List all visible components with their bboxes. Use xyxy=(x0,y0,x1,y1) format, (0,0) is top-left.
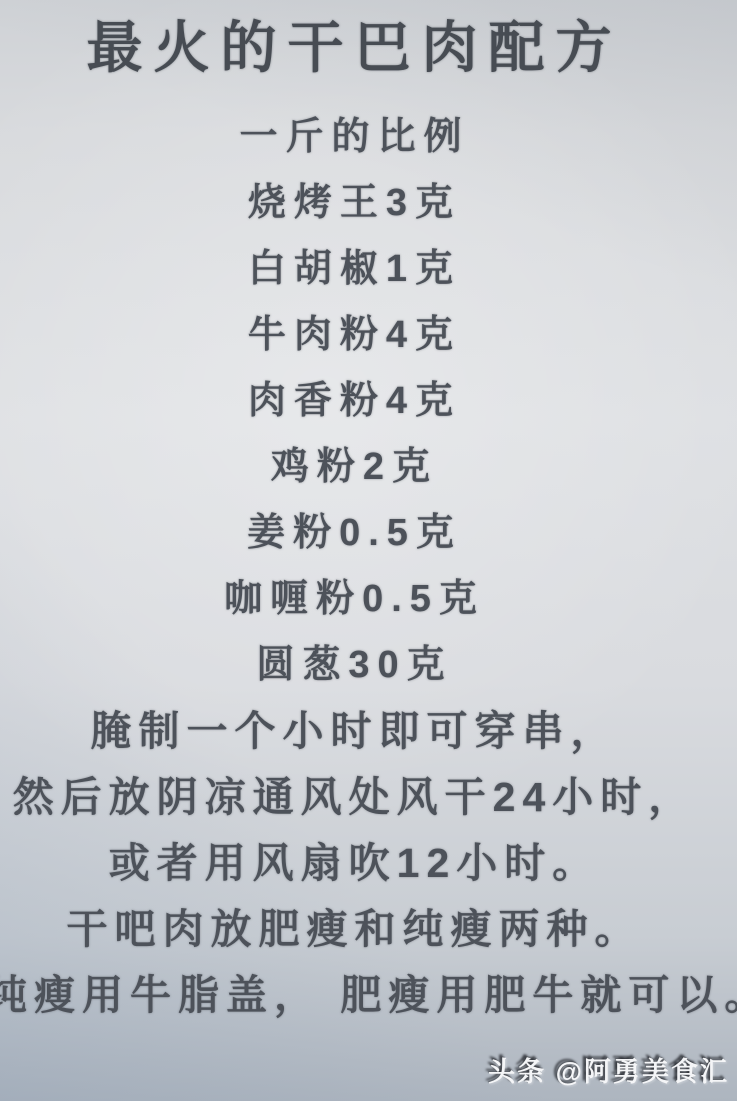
step-line: 或者用风扇吹12小时。 xyxy=(0,830,723,896)
toutiao-watermark: 头条 @阿勇美食汇 xyxy=(488,1050,729,1089)
step-line: 然后放阴凉通风处风干24小时， xyxy=(0,764,723,830)
ingredient-line: 咖喱粉0.5克 xyxy=(0,566,723,632)
step-line: 纯瘦用牛脂盖， 肥瘦用肥牛就可以。 xyxy=(0,962,723,1028)
ingredient-line: 白胡椒1克 xyxy=(0,236,723,302)
ingredient-line: 姜粉0.5克 xyxy=(0,500,723,566)
recipe-photo: 最火的干巴肉配方 一斤的比例 烧烤王3克 白胡椒1克 牛肉粉4克 肉香粉4克 鸡… xyxy=(0,0,737,1101)
recipe-content: 最火的干巴肉配方 一斤的比例 烧烤王3克 白胡椒1克 牛肉粉4克 肉香粉4克 鸡… xyxy=(0,0,723,1028)
step-line: 腌制一个小时即可穿串， xyxy=(0,698,723,764)
ingredient-line: 肉香粉4克 xyxy=(0,368,723,434)
ingredient-line: 牛肉粉4克 xyxy=(0,302,723,368)
ingredient-line: 鸡粉2克 xyxy=(0,434,723,500)
ingredient-line: 圆葱30克 xyxy=(0,632,723,698)
recipe-lines: 一斤的比例 烧烤王3克 白胡椒1克 牛肉粉4克 肉香粉4克 鸡粉2克 姜粉0.5… xyxy=(0,104,723,1028)
ingredient-line: 烧烤王3克 xyxy=(0,170,723,236)
step-line: 干吧肉放肥瘦和纯瘦两种。 xyxy=(0,896,723,962)
recipe-title: 最火的干巴肉配方 xyxy=(0,10,723,86)
recipe-subtitle: 一斤的比例 xyxy=(0,104,723,170)
